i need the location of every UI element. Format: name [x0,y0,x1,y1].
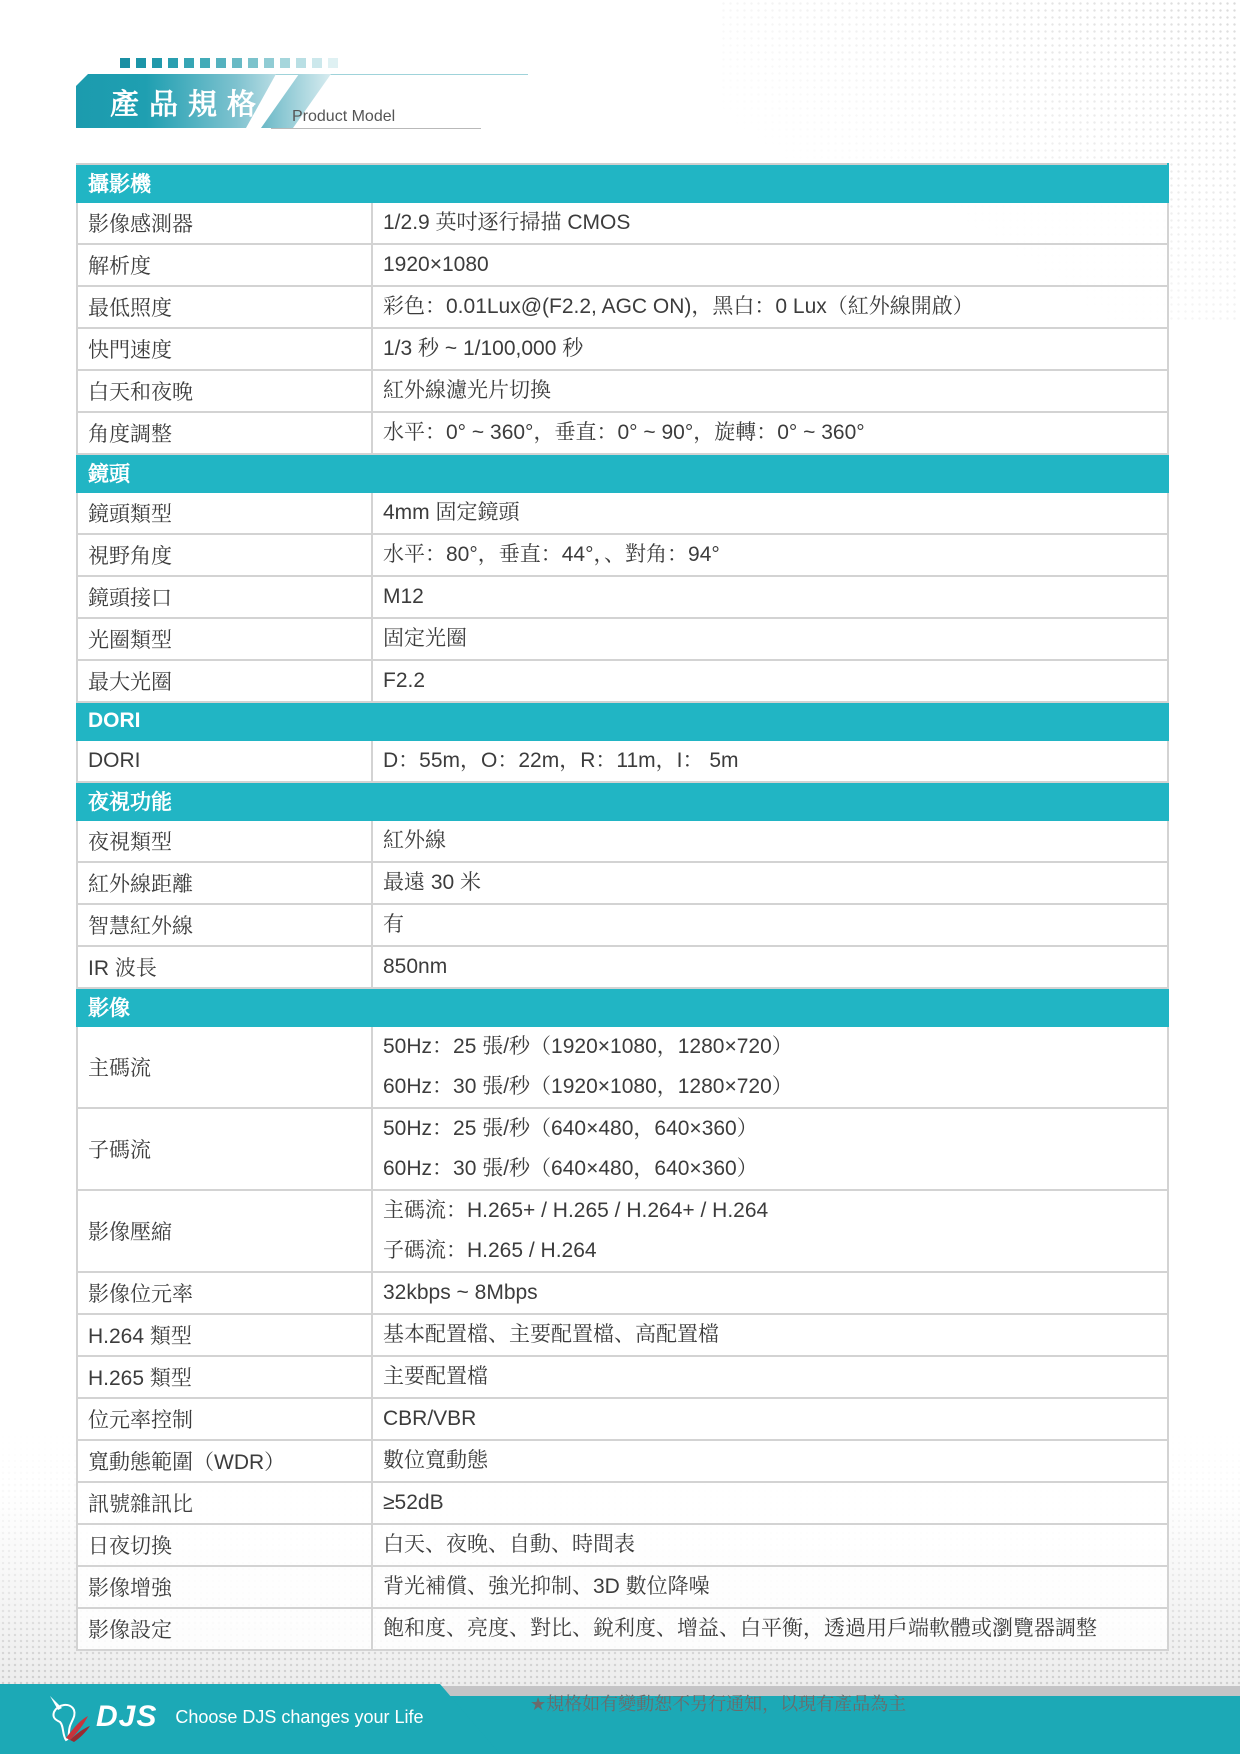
footer-brand: DJS Choose DJS changes your Life [40,1690,424,1744]
spec-value: 白天、夜晚、自動、時間表 [383,1525,1157,1565]
spec-row: 主碼流50Hz：25 張/秒（1920×1080，1280×720）60Hz：3… [77,1026,1168,1108]
spec-value: M12 [383,577,1157,617]
decorative-square [328,58,338,68]
spec-row: 訊號雜訊比≥52dB [77,1482,1168,1524]
spec-row: 角度調整水平：0° ~ 360°，垂直：0° ~ 90°，旋轉：0° ~ 360… [77,412,1168,454]
spec-value: 1/2.9 英吋逐行掃描 CMOS [383,203,1157,243]
spec-row: 鏡頭接口M12 [77,576,1168,618]
section-title: 攝影機 [77,164,1168,202]
section-header-row: 鏡頭 [77,454,1168,492]
spec-row: 位元率控制CBR/VBR [77,1398,1168,1440]
spec-label: 日夜切換 [77,1524,372,1566]
spec-value: 飽和度、亮度、對比、銳利度、增益、白平衡，透過用戶端軟體或瀏覽器調整 [383,1609,1157,1649]
spec-label: 影像位元率 [77,1272,372,1314]
spec-value: 水平：80°，垂直：44°，、對角：94° [383,535,1157,575]
spec-label: 最低照度 [77,286,372,328]
decorative-square [312,58,322,68]
decorative-square [120,58,130,68]
spec-label: 主碼流 [77,1026,372,1108]
decorative-square [184,58,194,68]
decorative-square [280,58,290,68]
spec-label: 快門速度 [77,328,372,370]
spec-row: 夜視類型紅外線 [77,820,1168,862]
spec-label: 寬動態範圍（WDR） [77,1440,372,1482]
spec-label: 影像感測器 [77,202,372,244]
spec-value: 50Hz：25 張/秒（1920×1080，1280×720） [383,1027,1157,1067]
decorative-square [168,58,178,68]
decorative-square [248,58,258,68]
brand-tagline: Choose DJS changes your Life [175,1707,423,1728]
spec-row: 子碼流50Hz：25 張/秒（640×480，640×360）60Hz：30 張… [77,1108,1168,1190]
spec-label: 夜視類型 [77,820,372,862]
section-header-row: 攝影機 [77,164,1168,202]
spec-value: 60Hz：30 張/秒（640×480，640×360） [383,1149,1157,1189]
section-title: 鏡頭 [77,454,1168,492]
spec-row: 最大光圈F2.2 [77,660,1168,702]
spec-table: 攝影機影像感測器1/2.9 英吋逐行掃描 CMOS解析度1920×1080最低照… [76,163,1169,1651]
spec-value-cell: 紅外線濾光片切換 [372,370,1168,412]
decorative-square [296,58,306,68]
spec-row: 影像設定飽和度、亮度、對比、銳利度、增益、白平衡，透過用戶端軟體或瀏覽器調整 [77,1608,1168,1650]
spec-value: CBR/VBR [383,1399,1157,1439]
spec-label: 智慧紅外線 [77,904,372,946]
spec-value: 主碼流：H.265+ / H.265 / H.264+ / H.264 [383,1191,1157,1231]
spec-value: ≥52dB [383,1483,1157,1523]
spec-value: 有 [383,905,1157,945]
spec-label: 光圈類型 [77,618,372,660]
spec-value-cell: 彩色：0.01Lux@(F2.2, AGC ON)，黑白：0 Lux（紅外線開啟… [372,286,1168,328]
spec-value: 紅外線濾光片切換 [383,371,1157,411]
spec-value-cell: 紅外線 [372,820,1168,862]
spec-value-cell: F2.2 [372,660,1168,702]
disclaimer-note: ★規格如有變動恕不另行通知，以現有產品為主 [530,1690,906,1716]
spec-value-cell: 50Hz：25 張/秒（640×480，640×360）60Hz：30 張/秒（… [372,1108,1168,1190]
spec-label: H.264 類型 [77,1314,372,1356]
spec-label: 影像壓縮 [77,1190,372,1272]
spec-value: 彩色：0.01Lux@(F2.2, AGC ON)，黑白：0 Lux（紅外線開啟… [383,287,1157,327]
spec-label: 訊號雜訊比 [77,1482,372,1524]
spec-value: 1/3 秒 ~ 1/100,000 秒 [383,329,1157,369]
spec-value-cell: 1/2.9 英吋逐行掃描 CMOS [372,202,1168,244]
spec-value-cell: 4mm 固定鏡頭 [372,492,1168,534]
spec-value-cell: 飽和度、亮度、對比、銳利度、增益、白平衡，透過用戶端軟體或瀏覽器調整 [372,1608,1168,1650]
spec-value-cell: ≥52dB [372,1482,1168,1524]
section-header-row: DORI [77,702,1168,740]
page-header: 產品規格 Product Model [76,56,456,131]
spec-value: 32kbps ~ 8Mbps [383,1273,1157,1313]
spec-value: 60Hz：30 張/秒（1920×1080，1280×720） [383,1067,1157,1107]
spec-value-cell: CBR/VBR [372,1398,1168,1440]
spec-label: IR 波長 [77,946,372,988]
decorative-squares [120,58,338,68]
unicorn-logo-icon [40,1690,94,1744]
section-title: 影像 [77,988,1168,1026]
spec-row: 日夜切換白天、夜晚、自動、時間表 [77,1524,1168,1566]
decorative-square [232,58,242,68]
spec-label: 影像增強 [77,1566,372,1608]
spec-row: 快門速度1/3 秒 ~ 1/100,000 秒 [77,328,1168,370]
spec-row: 智慧紅外線有 [77,904,1168,946]
spec-row: H.264 類型基本配置檔、主要配置檔、高配置檔 [77,1314,1168,1356]
spec-label: 最大光圈 [77,660,372,702]
page-subtitle: Product Model [292,108,395,126]
spec-row: DORID：55m，O：22m，R：11m，I： 5m [77,740,1168,782]
spec-value: 背光補償、強光抑制、3D 數位降噪 [383,1567,1157,1607]
section-title: 夜視功能 [77,782,1168,820]
spec-label: 白天和夜晚 [77,370,372,412]
spec-value: 基本配置檔、主要配置檔、高配置檔 [383,1315,1157,1355]
spec-row: 光圈類型固定光圈 [77,618,1168,660]
spec-label: 鏡頭類型 [77,492,372,534]
spec-value: 最遠 30 米 [383,863,1157,903]
decorative-square [152,58,162,68]
spec-row: 鏡頭類型4mm 固定鏡頭 [77,492,1168,534]
spec-label: 解析度 [77,244,372,286]
spec-value-cell: M12 [372,576,1168,618]
spec-value-cell: D：55m，O：22m，R：11m，I： 5m [372,740,1168,782]
spec-label: 子碼流 [77,1108,372,1190]
spec-label: 視野角度 [77,534,372,576]
spec-label: 紅外線距離 [77,862,372,904]
decorative-square [264,58,274,68]
spec-value: 主要配置檔 [383,1357,1157,1397]
spec-value-cell: 水平：0° ~ 360°，垂直：0° ~ 90°，旋轉：0° ~ 360° [372,412,1168,454]
spec-row: 視野角度水平：80°，垂直：44°，、對角：94° [77,534,1168,576]
spec-value: 子碼流：H.265 / H.264 [383,1231,1157,1271]
page-title: 產品規格 [110,82,266,123]
spec-label: 位元率控制 [77,1398,372,1440]
spec-value: 水平：0° ~ 360°，垂直：0° ~ 90°，旋轉：0° ~ 360° [383,413,1157,453]
spec-value-cell: 1920×1080 [372,244,1168,286]
spec-row: 影像壓縮主碼流：H.265+ / H.265 / H.264+ / H.264子… [77,1190,1168,1272]
spec-value-cell: 數位寬動態 [372,1440,1168,1482]
spec-value: D：55m，O：22m，R：11m，I： 5m [383,741,1157,781]
decorative-square [136,58,146,68]
spec-value-cell: 背光補償、強光抑制、3D 數位降噪 [372,1566,1168,1608]
spec-value-cell: 固定光圈 [372,618,1168,660]
spec-row: 最低照度彩色：0.01Lux@(F2.2, AGC ON)，黑白：0 Lux（紅… [77,286,1168,328]
spec-value: 1920×1080 [383,245,1157,285]
spec-value: 固定光圈 [383,619,1157,659]
section-title: DORI [77,702,1168,740]
spec-row: 紅外線距離最遠 30 米 [77,862,1168,904]
spec-row: 白天和夜晚紅外線濾光片切換 [77,370,1168,412]
spec-row: 影像感測器1/2.9 英吋逐行掃描 CMOS [77,202,1168,244]
spec-row: IR 波長850nm [77,946,1168,988]
spec-value: 數位寬動態 [383,1441,1157,1481]
spec-label: H.265 類型 [77,1356,372,1398]
decorative-square [200,58,210,68]
spec-value-cell: 32kbps ~ 8Mbps [372,1272,1168,1314]
brand-name: DJS [96,1700,157,1734]
spec-value: 紅外線 [383,821,1157,861]
spec-value-cell: 主碼流：H.265+ / H.265 / H.264+ / H.264子碼流：H… [372,1190,1168,1272]
spec-value-cell: 1/3 秒 ~ 1/100,000 秒 [372,328,1168,370]
spec-value-cell: 水平：80°，垂直：44°，、對角：94° [372,534,1168,576]
spec-label: 影像設定 [77,1608,372,1650]
spec-label: DORI [77,740,372,782]
decorative-square [216,58,226,68]
spec-value: F2.2 [383,661,1157,701]
spec-row: H.265 類型主要配置檔 [77,1356,1168,1398]
spec-value-cell: 50Hz：25 張/秒（1920×1080，1280×720）60Hz：30 張… [372,1026,1168,1108]
section-header-row: 影像 [77,988,1168,1026]
spec-value-cell: 最遠 30 米 [372,862,1168,904]
section-header-row: 夜視功能 [77,782,1168,820]
spec-value-cell: 有 [372,904,1168,946]
spec-row: 影像位元率32kbps ~ 8Mbps [77,1272,1168,1314]
spec-value: 850nm [383,947,1157,987]
spec-row: 寬動態範圍（WDR）數位寬動態 [77,1440,1168,1482]
spec-row: 影像增強背光補償、強光抑制、3D 數位降噪 [77,1566,1168,1608]
spec-label: 角度調整 [77,412,372,454]
spec-value: 4mm 固定鏡頭 [383,493,1157,533]
subtitle-underline [271,128,481,129]
spec-value-cell: 主要配置檔 [372,1356,1168,1398]
spec-value-cell: 基本配置檔、主要配置檔、高配置檔 [372,1314,1168,1356]
spec-value-cell: 850nm [372,946,1168,988]
spec-row: 解析度1920×1080 [77,244,1168,286]
spec-value: 50Hz：25 張/秒（640×480，640×360） [383,1109,1157,1149]
spec-label: 鏡頭接口 [77,576,372,618]
spec-value-cell: 白天、夜晚、自動、時間表 [372,1524,1168,1566]
